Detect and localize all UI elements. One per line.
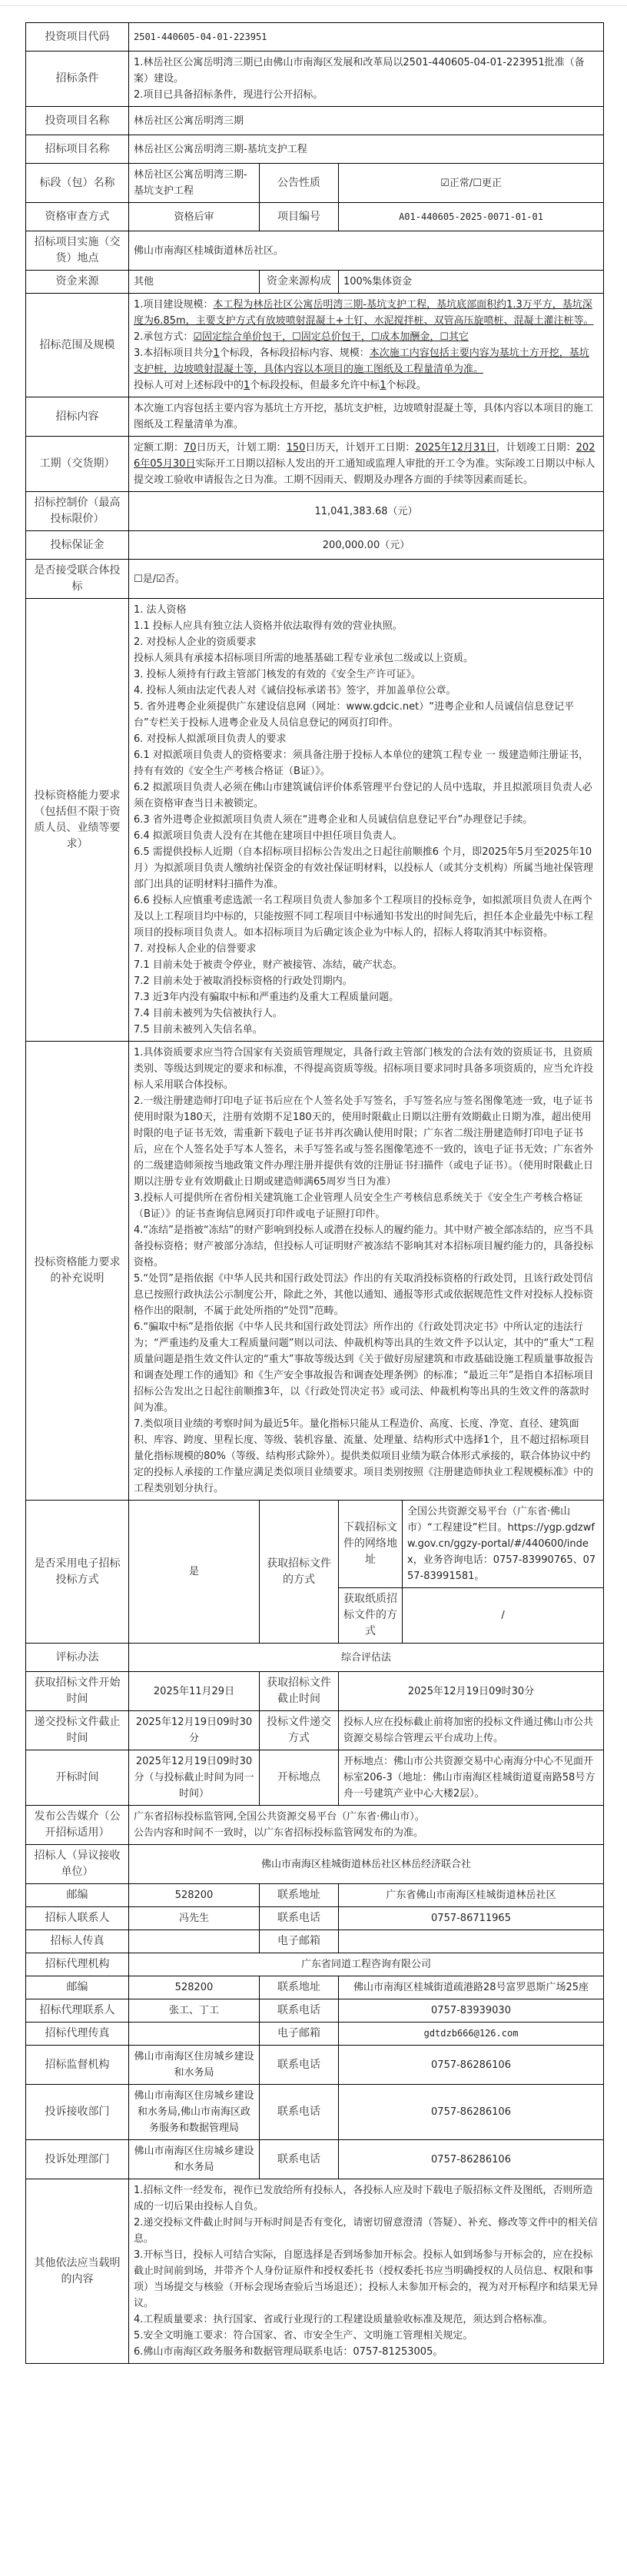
scope-line-1: 1.项目建设规模：本工程为林岳社区公寓岳明湾三期-基坑支护工程，基坑底部面积约1…	[134, 297, 599, 329]
agency-fax-value	[129, 2023, 260, 2046]
condition-line: 1.林岳社区公寓岳明湾三期已由佛山市南海区发展和改革局以2501-440605-…	[134, 55, 599, 87]
agency-zip-value: 528200	[129, 1976, 260, 1999]
media-line: 广东省招标投标监管网,全国公共资源交易平台（广东省·佛山市）。	[134, 1809, 599, 1825]
tenderer-address-value: 广东省佛山市南海区桂城街道林岳社区	[339, 1884, 604, 1907]
text: 1	[213, 347, 219, 359]
text: 日历天，计划工期：	[197, 442, 287, 454]
period-value: 定额工期：70日历天，计划工期：150日历天，计划开工日期：2025年12月31…	[129, 437, 604, 492]
requirement-line: 2. 对投标人企业的资质要求	[134, 634, 599, 650]
row-project-code: 投资项目代码 2501-440605-04-01-223951	[26, 23, 604, 52]
text: 1	[380, 380, 386, 391]
requirement-line: 6.6 投标人应慎重考虑选派一名工程项目负责人参加多个工程项目的投标竞争，如拟派…	[134, 892, 599, 941]
row-agency: 招标代理机构 广东省同道工程咨询有限公司	[26, 1953, 604, 1976]
row-project-name: 投资项目名称 林岳社区公寓岳明湾三期	[26, 107, 604, 135]
electronic-value: 是	[129, 1501, 260, 1644]
row-tenderer: 招标人（异议接收单位） 佛山市南海区桂城街道林岳社区林岳经济联合社	[26, 1845, 604, 1884]
text: 个标段投标，但最多允许中标	[250, 380, 380, 391]
row-requirements: 投标资格能力要求（包括但不限于资质人员、业绩等要求） 1. 法人资格 1.1 投…	[26, 599, 604, 1042]
label: 联系电话	[260, 2140, 339, 2179]
requirement-line: 7.2 目前未处于被取消投标资格的行政处罚期内。	[134, 973, 599, 989]
content-value: 本次施工内容包括主要内容为基坑土方开挖，基坑支护桩，边坡喷射混凝土等，具体内容以…	[129, 397, 604, 437]
label: 评标办法	[26, 1644, 129, 1672]
row-opening: 开标时间 2025年12月19日09时30分（与投标截止时间为同一时间） 开标地…	[26, 1750, 604, 1806]
text: ☑固定综合单价包干，☐固定总价包干，☐成本加酬金，☐其它	[193, 331, 469, 343]
top-divider	[0, 0, 627, 6]
row-period: 工期（交货期） 定额工期：70日历天，计划工期：150日历天，计划开工日期：20…	[26, 437, 604, 492]
requirement-line: 7.3 近3年内没有骗取中标和严重违约及重大工程质量问题。	[134, 989, 599, 1005]
row-agency-fax: 招标代理传真 电子邮箱 gdtdzb666@126.com	[26, 2023, 604, 2046]
complaint-handle-value: 佛山市南海区住房城乡建设和水务局	[129, 2140, 260, 2179]
requirement-line: 1.1 投标人应具有独立法人资格并依法取得有效的营业执照。	[134, 618, 599, 634]
row-complaint-recv: 投诉接收部门 佛山市南海区住房城乡建设和水务局,佛山市南海区政务服务和数据管理局…	[26, 2085, 604, 2140]
doc-end-value: 2025年12月19日09时30分	[339, 1672, 604, 1711]
row-tenderer-zip: 邮编 528200 联系地址 广东省佛山市南海区桂城街道林岳社区	[26, 1884, 604, 1907]
condition-line: 2.项目已具备招标条件，现进行公开招标。	[134, 87, 599, 103]
label: 招标范围及规模	[26, 294, 129, 397]
row-evaluation: 评标办法 综合评估法	[26, 1644, 604, 1672]
evaluation-value: 综合评估法	[129, 1644, 604, 1672]
text: 2.承包方式：	[134, 331, 193, 343]
scope-value: 1.项目建设规模：本工程为林岳社区公寓岳明湾三期-基坑支护工程，基坑底部面积约1…	[129, 294, 604, 397]
label: 电子邮箱	[260, 1930, 339, 1953]
tender-name-value: 林岳社区公寓岳明湾三期-基坑支护工程	[129, 135, 604, 164]
text: 1.项目建设规模：	[134, 299, 213, 311]
row-complaint-handle: 投诉处理部门 佛山市南海区住房城乡建设和水务局 联系电话 0757-862861…	[26, 2140, 604, 2179]
requirement-line: 3. 投标人须持有行政主管部门核发的有效的《安全生产许可证》。	[134, 666, 599, 683]
deposit-value: 200,000.00（元）	[129, 531, 604, 560]
label: 招标控制价（最高投标限价）	[26, 492, 129, 531]
requirement-line: 6. 对投标人拟派项目负责人的要求	[134, 731, 599, 747]
row-doc-time: 获取招标文件开始时间 2025年11月29日 获取招标文件截止时间 2025年1…	[26, 1672, 604, 1711]
label: 是否接受联合体投标	[26, 560, 129, 599]
conditions-value: 1.林岳社区公寓岳明湾三期已由佛山市南海区发展和改革局以2501-440605-…	[129, 52, 604, 107]
row-agency-contact: 招标代理联系人 张工、丁工 联系电话 0757-83939030	[26, 1999, 604, 2023]
label: 招标人传真	[26, 1930, 129, 1953]
label: 投诉处理部门	[26, 2140, 129, 2179]
supplement-line: 2.一级注册建造师打印电子证书后应在个人签名处手写签名，手写签名应与签名图像笔迹…	[134, 1093, 599, 1190]
label: 招标项目实施（交货）地点	[26, 231, 129, 271]
row-submit: 递交投标文件截止时间 2025年12月19日09时30分 投标文件递交方式 投标…	[26, 1711, 604, 1750]
tenderer-fax-value	[129, 1930, 260, 1953]
text: 定额工期：	[134, 442, 184, 454]
project-code-value: 2501-440605-04-01-223951	[129, 23, 604, 52]
text: ，计划竣工日期：	[496, 442, 576, 454]
label: 招标项目名称	[26, 135, 129, 164]
text: 3.本招标项目共分	[134, 347, 213, 359]
agency-address-value: 佛山市南海区桂城街道疏港路28号富罗恩斯广场25座	[339, 1976, 604, 1999]
text: 日历天，计划开工日期：	[305, 442, 415, 454]
funding-source-value: 其他	[129, 271, 260, 294]
label: 电子邮箱	[260, 2023, 339, 2046]
row-consortium: 是否接受联合体投标 ☐是/☑否。	[26, 560, 604, 599]
label: 其他依法应当载明的内容	[26, 2179, 129, 2364]
label: 联系电话	[260, 2085, 339, 2140]
label: 联系电话	[260, 1907, 339, 1930]
label: 招标代理联系人	[26, 1999, 129, 2023]
other-line: 6.佛山市南海区政务服务和数据管理局联系电话：0757-81253005。	[134, 2344, 599, 2360]
label: 邮编	[26, 1884, 129, 1907]
submit-deadline-value: 2025年12月19日09时30分	[129, 1711, 260, 1750]
label: 资金来源	[26, 271, 129, 294]
requirement-line: 5. 省外进粤企业须提供广东建设信息网（网址：www.gdcic.net）“进粤…	[134, 699, 599, 731]
label: 联系电话	[260, 2046, 339, 2085]
complaint-handle-phone-value: 0757-86286106	[339, 2140, 604, 2179]
row-supplement: 投标资格能力要求的补充说明 1.具体资质要求应当符合国家有关资质管理规定，具备行…	[26, 1042, 604, 1501]
text: 实际开工日期以招标人发出的开工通知或监理人审批的开工令为准。实际竣工日期以中标人…	[134, 458, 595, 486]
text: 个标段，各标段招标内容、规模：	[220, 347, 370, 359]
download-address-value[interactable]: 全国公共资源交易平台（广东省·佛山市）“工程建设”栏目。https://ygp.…	[403, 1501, 604, 1588]
label: 递交投标文件截止时间	[26, 1711, 129, 1750]
row-funding: 资金来源 其他 资金来源构成 100%集体资金	[26, 271, 604, 294]
media-line: 公告内容和时间不一致时，以广东省招标投标监管网发布的为准。	[134, 1825, 599, 1841]
label: 邮编	[26, 1976, 129, 1999]
row-tender-name: 招标项目名称 林岳社区公寓岳明湾三期-基坑支护工程	[26, 135, 604, 164]
supplement-line: 7.类似项目业绩的考察时间为最近5年。量化指标只能从工程造价、高度、长度、净宽、…	[134, 1416, 599, 1497]
other-line: 2.递交投标文件截止时间与开标时间是否有变化，请密切留意澄清（答疑）、补充、修改…	[134, 2215, 599, 2247]
announcement-type-value: ☑正常/☐更正	[339, 164, 604, 203]
supplement-line: 6.“骗取中标”是指依据《中华人民共和国行政处罚法》所作出的《行政处罚决定书》中…	[134, 1319, 599, 1416]
tenderer-phone-value: 0757-86711965	[339, 1907, 604, 1930]
label: 获取招标文件截止时间	[260, 1672, 339, 1711]
label: 开标时间	[26, 1750, 129, 1806]
project-number-value: A01-440605-2025-0071-01-01	[339, 203, 604, 231]
submit-method-value: 投标人应在投标截止前将加密的投标文件通过佛山市公共资源交易综合管理云平台成功上传…	[339, 1711, 604, 1750]
qualification-method-value: 资格后审	[129, 203, 260, 231]
label: 工期（交货期）	[26, 437, 129, 492]
complaint-recv-phone-value: 0757-86286106	[339, 2085, 604, 2140]
label: 招标代理传真	[26, 2023, 129, 2046]
label: 投资项目代码	[26, 23, 129, 52]
label: 联系地址	[260, 1884, 339, 1907]
label: 下载招标文件的网络地址	[339, 1501, 403, 1588]
text: 70	[184, 442, 197, 454]
text: 2025年12月31日	[415, 442, 496, 454]
label: 投标文件递交方式	[260, 1711, 339, 1750]
label: 标段（包）名称	[26, 164, 129, 203]
supplement-value: 1.具体资质要求应当符合国家有关资质管理规定，具备行政主管部门核发的合法有效的资…	[129, 1042, 604, 1501]
agency-contact-value: 张工、丁工	[129, 1999, 260, 2023]
page-content: 投资项目代码 2501-440605-04-01-223951 招标条件 1.林…	[0, 6, 627, 2387]
label: 发布公告媒介（公开招标适用）	[26, 1806, 129, 1845]
requirement-line: 6.3 省外进粤企业拟派项目负责人须在“进粤企业和人员诚信信息登记平台”办理登记…	[134, 812, 599, 828]
row-other: 其他依法应当载明的内容 1.招标文件一经发布，视作已发放给所有投标人，各投标人应…	[26, 2179, 604, 2364]
other-line: 4.工程质量要求：执行国家、省或行业现行的工程建设质量验收标准及规范，须达到合格…	[134, 2312, 599, 2328]
label: 招标人联系人	[26, 1907, 129, 1930]
text: 150	[287, 442, 306, 454]
section-name-value: 林岳社区公寓岳明湾三期-基坑支护工程	[129, 164, 260, 203]
scope-line-4: 投标人可对上述标段中的1个标段投标，但最多允许中标1个标段。	[134, 377, 599, 394]
agency-email-value[interactable]: gdtdzb666@126.com	[339, 2023, 604, 2046]
other-line: 3.开标当日，投标人可结合实际，自愿选择是否到场参加开标会。投标人如到场参与开标…	[134, 2247, 599, 2312]
label: 招标监督机构	[26, 2046, 129, 2085]
media-value: 广东省招标投标监管网,全国公共资源交易平台（广东省·佛山市）。 公告内容和时间不…	[129, 1806, 604, 1845]
agency-phone-value: 0757-83939030	[339, 1999, 604, 2023]
label: 联系地址	[260, 1976, 339, 1999]
tenderer-value: 佛山市南海区桂城街道林岳社区林岳经济联合社	[129, 1845, 604, 1884]
label: 资格审查方式	[26, 203, 129, 231]
row-qualification: 资格审查方式 资格后审 项目编号 A01-440605-2025-0071-01…	[26, 203, 604, 231]
tenderer-zip-value: 528200	[129, 1884, 260, 1907]
tender-announcement-table: 投资项目代码 2501-440605-04-01-223951 招标条件 1.林…	[25, 22, 604, 2364]
row-electronic: 是否采用电子招标投标方式 是 获取招标文件的方式 下载招标文件的网络地址 全国公…	[26, 1501, 604, 1588]
label: 获取纸质招标文件的方式	[339, 1588, 403, 1644]
label: 获取招标文件开始时间	[26, 1672, 129, 1711]
row-media: 发布公告媒介（公开招标适用） 广东省招标投标监管网,全国公共资源交易平台（广东省…	[26, 1806, 604, 1845]
tenderer-contact-value: 冯先生	[129, 1907, 260, 1930]
opening-time-value: 2025年12月19日09时30分（与投标截止时间为同一时间）	[129, 1750, 260, 1806]
supervisor-phone-value: 0757-86286106	[339, 2046, 604, 2085]
supplement-line: 3.投标人可提供所在省份相关建筑施工企业管理人员安全生产考核信息系统关于《安全生…	[134, 1190, 599, 1222]
agency-value: 广东省同道工程咨询有限公司	[129, 1953, 604, 1976]
requirement-line: 6.1 对拟派项目负责人的资格要求：须具备注册于投标人本单位的建筑工程专业 一 …	[134, 747, 599, 779]
opening-place-value: 开标地点：佛山市公共资源交易中心南海分中心不见面开标室206-3（地址：佛山市南…	[339, 1750, 604, 1806]
label: 开标地点	[260, 1750, 339, 1806]
label: 招标人（异议接收单位）	[26, 1845, 129, 1884]
label: 公告性质	[260, 164, 339, 203]
requirement-line: 6.2 拟派项目负责人必须在佛山市建筑诚信评价体系管理平台登记的人员中选取，并且…	[134, 779, 599, 812]
funding-composition-value: 100%集体资金	[339, 271, 604, 294]
label: 招标内容	[26, 397, 129, 437]
row-scope: 招标范围及规模 1.项目建设规模：本工程为林岳社区公寓岳明湾三期-基坑支护工程，…	[26, 294, 604, 397]
row-conditions: 招标条件 1.林岳社区公寓岳明湾三期已由佛山市南海区发展和改革局以2501-44…	[26, 52, 604, 107]
consortium-value: ☐是/☑否。	[129, 560, 604, 599]
label: 投资项目名称	[26, 107, 129, 135]
other-line: 5.安全文明施工要求：符合国家、省、市安全生产、文明施工管理相关规定。	[134, 2328, 599, 2344]
control-price-value: 11,041,383.68（元）	[129, 492, 604, 531]
label: 投标资格能力要求（包括但不限于资质人员、业绩等要求）	[26, 599, 129, 1042]
complaint-recv-value: 佛山市南海区住房城乡建设和水务局,佛山市南海区政务服务和数据管理局	[129, 2085, 260, 2140]
requirement-line: 7.5 目前未被列入失信名单。	[134, 1022, 599, 1038]
row-control-price: 招标控制价（最高投标限价） 11,041,383.68（元）	[26, 492, 604, 531]
row-supervisor: 招标监督机构 佛山市南海区住房城乡建设和水务局 联系电话 0757-862861…	[26, 2046, 604, 2085]
requirements-value: 1. 法人资格 1.1 投标人应具有独立法人资格并依法取得有效的营业执照。 2.…	[129, 599, 604, 1042]
label: 资金来源构成	[260, 271, 339, 294]
doc-start-value: 2025年11月29日	[129, 1672, 260, 1711]
label: 投标资格能力要求的补充说明	[26, 1042, 129, 1501]
scope-line-3: 3.本招标项目共分1个标段，各标段招标内容、规模：本次施工内容包括主要内容为基坑…	[134, 345, 599, 377]
requirement-line: 投标人须具有承接本招标项目所需的地基基础工程专业承包二级或以上资质。	[134, 650, 599, 666]
scope-line-2: 2.承包方式：☑固定综合单价包干，☐固定总价包干，☐成本加酬金，☐其它	[134, 329, 599, 345]
label: 联系电话	[260, 1999, 339, 2023]
requirement-line: 6.5 需提供投标人近期（自本招标项目招标公告发出之日起往前顺推6 个月，即20…	[134, 844, 599, 892]
label: 招标条件	[26, 52, 129, 107]
row-section: 标段（包）名称 林岳社区公寓岳明湾三期-基坑支护工程 公告性质 ☑正常/☐更正	[26, 164, 604, 203]
row-agency-zip: 邮编 528200 联系地址 佛山市南海区桂城街道疏港路28号富罗恩斯广场25座	[26, 1976, 604, 1999]
project-name-value: 林岳社区公寓岳明湾三期	[129, 107, 604, 135]
row-tenderer-fax: 招标人传真 电子邮箱	[26, 1930, 604, 1953]
tenderer-email-value	[339, 1930, 604, 1953]
other-line: 1.招标文件一经发布，视作已发放给所有投标人，各投标人应及时下载电子版招标文件及…	[134, 2182, 599, 2215]
other-value: 1.招标文件一经发布，视作已发放给所有投标人，各投标人应及时下载电子版招标文件及…	[129, 2179, 604, 2364]
row-content: 招标内容 本次施工内容包括主要内容为基坑土方开挖，基坑支护桩，边坡喷射混凝土等，…	[26, 397, 604, 437]
requirement-line: 7.1 目前未处于被责令停业，财产被接管、冻结，破产状态。	[134, 957, 599, 973]
supplement-line: 4.“冻结”是指被“冻结”的财产影响到投标人或潜在投标人的履约能力。其中财产被全…	[134, 1222, 599, 1271]
supervisor-value: 佛山市南海区住房城乡建设和水务局	[129, 2046, 260, 2085]
row-location: 招标项目实施（交货）地点 佛山市南海区桂城街道林岳社区。	[26, 231, 604, 271]
label: 投诉接收部门	[26, 2085, 129, 2140]
location-value: 佛山市南海区桂城街道林岳社区。	[129, 231, 604, 271]
supplement-line: 1.具体资质要求应当符合国家有关资质管理规定，具备行政主管部门核发的合法有效的资…	[134, 1045, 599, 1093]
label: 是否采用电子招标投标方式	[26, 1501, 129, 1644]
text: 投标人可对上述标段中的	[134, 380, 244, 391]
label: 项目编号	[260, 203, 339, 231]
requirement-line: 7.4 目前未被列为失信被执行人。	[134, 1005, 599, 1022]
paper-method-value: /	[403, 1588, 604, 1644]
row-deposit: 投标保证金 200,000.00（元）	[26, 531, 604, 560]
requirement-line: 7. 对投标人企业的信誉要求	[134, 941, 599, 957]
row-tenderer-contact: 招标人联系人 冯先生 联系电话 0757-86711965	[26, 1907, 604, 1930]
requirement-line: 4. 投标人须由法定代表人对《诚信投标承诺书》签字，并加盖单位公章。	[134, 683, 599, 699]
text: 个标段。	[386, 380, 426, 391]
label: 获取招标文件的方式	[260, 1501, 339, 1644]
label: 招标代理机构	[26, 1953, 129, 1976]
label: 投标保证金	[26, 531, 129, 560]
supplement-line: 5.“处罚”是指依据《中华人民共和国行政处罚法》作出的有关取消投标资格的行政处罚…	[134, 1271, 599, 1319]
requirement-line: 6.4 拟派项目负责人没有在其他在建项目中担任项目负责人。	[134, 828, 599, 844]
requirement-line: 1. 法人资格	[134, 602, 599, 618]
